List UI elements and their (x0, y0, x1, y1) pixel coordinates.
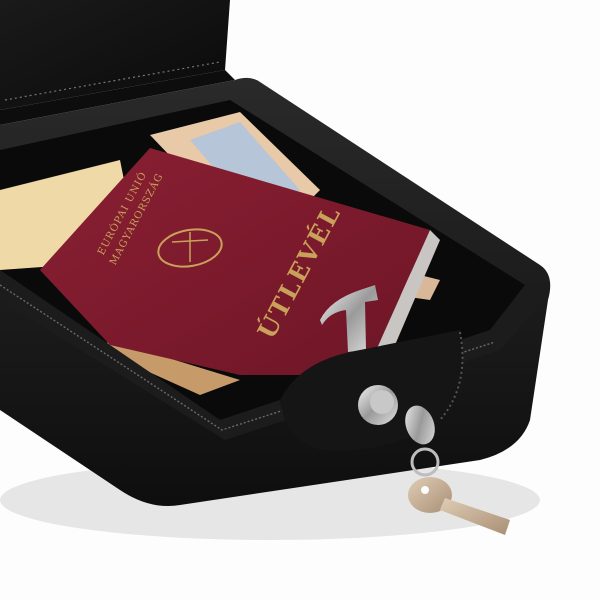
product-photo: EURÓPAI UNIÓ MAGYARORSZÁG ÚTLEVÉL (0, 0, 600, 600)
